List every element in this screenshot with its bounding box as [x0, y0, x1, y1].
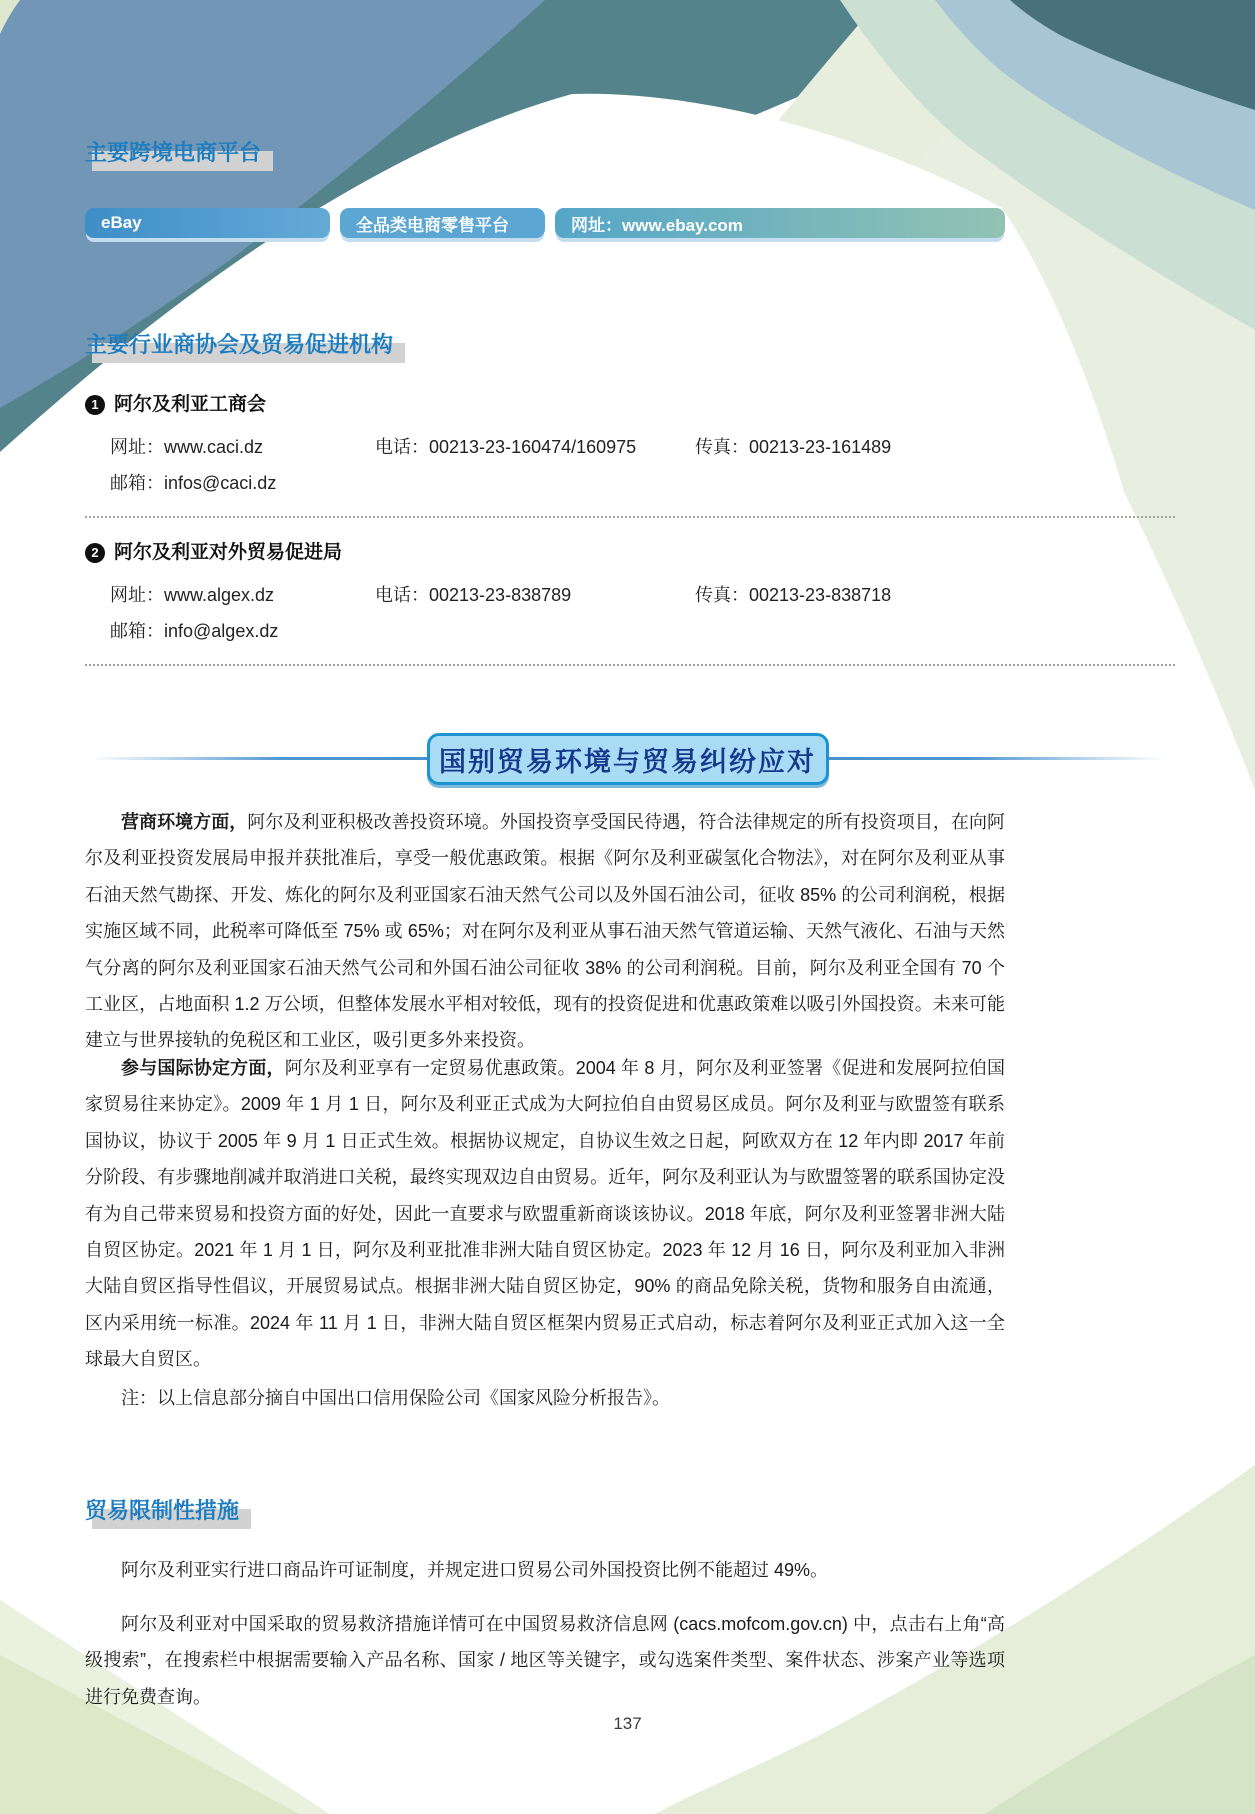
dotted-divider — [85, 664, 1175, 666]
paragraph-trade-remedy-info: 阿尔及利亚对中国采取的贸易救济措施详情可在中国贸易救济信息网 (cacs.mof… — [85, 1606, 1005, 1715]
association-name: 阿尔及利亚工商会 — [114, 392, 266, 418]
association-website: 网址：www.algex.dz — [110, 582, 375, 608]
platform-website-pill: 网址：www.ebay.com — [555, 208, 1005, 238]
source-note: 注：以上信息部分摘自中国出口信用保险公司《国家风险分析报告》。 — [85, 1380, 1005, 1416]
paragraph-lead: 营商环境方面， — [121, 812, 247, 832]
paragraph-text: 阿尔及利亚积极改善投资环境。外国投资享受国民待遇，符合法律规定的所有投资项目，在… — [85, 812, 1005, 1050]
paragraph-lead: 参与国际协定方面， — [121, 1058, 285, 1078]
association-website: 网址：www.caci.dz — [110, 434, 375, 460]
paragraph-international-agreements: 参与国际协定方面，阿尔及利亚享有一定贸易优惠政策。2004 年 8 月，阿尔及利… — [85, 1050, 1005, 1378]
numbered-circle-icon: 1 — [85, 395, 105, 415]
association-entry-title: 1 阿尔及利亚工商会 — [85, 392, 1175, 418]
association-email: 邮箱：info@algex.dz — [110, 618, 1175, 644]
association-phone: 电话：00213-23-838789 — [375, 582, 695, 608]
heading-associations-label: 主要行业商协会及贸易促进机构 — [85, 332, 393, 358]
associations-list: 1 阿尔及利亚工商会 网址：www.caci.dz 电话：00213-23-16… — [85, 392, 1175, 688]
heading-ecommerce-label: 主要跨境电商平台 — [85, 140, 261, 166]
association-fax: 传真：00213-23-161489 — [695, 434, 1175, 460]
association-entry-title: 2 阿尔及利亚对外贸易促进局 — [85, 540, 1175, 566]
numbered-circle-icon: 2 — [85, 543, 105, 563]
platform-row-ebay: eBay 全品类电商零售平台 网址：www.ebay.com — [85, 208, 1005, 238]
platform-name-pill: eBay — [85, 208, 330, 238]
association-fax: 传真：00213-23-838718 — [695, 582, 1175, 608]
paragraph-text: 阿尔及利亚享有一定贸易优惠政策。2004 年 8 月，阿尔及利亚签署《促进和发展… — [85, 1058, 1005, 1369]
association-contact-grid: 网址：www.algex.dz 电话：00213-23-838789 传真：00… — [85, 582, 1175, 644]
paragraph-business-environment: 营商环境方面，阿尔及利亚积极改善投资环境。外国投资享受国民待遇，符合法律规定的所… — [85, 804, 1005, 1059]
paragraph-import-license: 阿尔及利亚实行进口商品许可证制度，并规定进口贸易公司外国投资比例不能超过 49%… — [85, 1552, 1005, 1588]
section-banner-title: 国别贸易环境与贸易纠纷应对 — [427, 733, 829, 785]
page-number: 137 — [0, 1714, 1255, 1734]
association-phone: 电话：00213-23-160474/160975 — [375, 434, 695, 460]
dotted-divider — [85, 516, 1175, 518]
association-contact-grid: 网址：www.caci.dz 电话：00213-23-160474/160975… — [85, 434, 1175, 496]
heading-trade-restrictions: 贸易限制性措施 — [85, 1498, 239, 1524]
association-email: 邮箱：infos@caci.dz — [110, 470, 1175, 496]
platform-category-pill: 全品类电商零售平台 — [340, 208, 545, 238]
heading-trade-restrictions-label: 贸易限制性措施 — [85, 1498, 239, 1524]
association-name: 阿尔及利亚对外贸易促进局 — [114, 540, 342, 566]
section-banner-wrap: 国别贸易环境与贸易纠纷应对 — [0, 733, 1255, 789]
heading-associations: 主要行业商协会及贸易促进机构 — [85, 332, 393, 358]
heading-ecommerce-platforms: 主要跨境电商平台 — [85, 140, 261, 166]
document-page: 主要跨境电商平台 eBay 全品类电商零售平台 网址：www.ebay.com … — [0, 0, 1255, 1814]
